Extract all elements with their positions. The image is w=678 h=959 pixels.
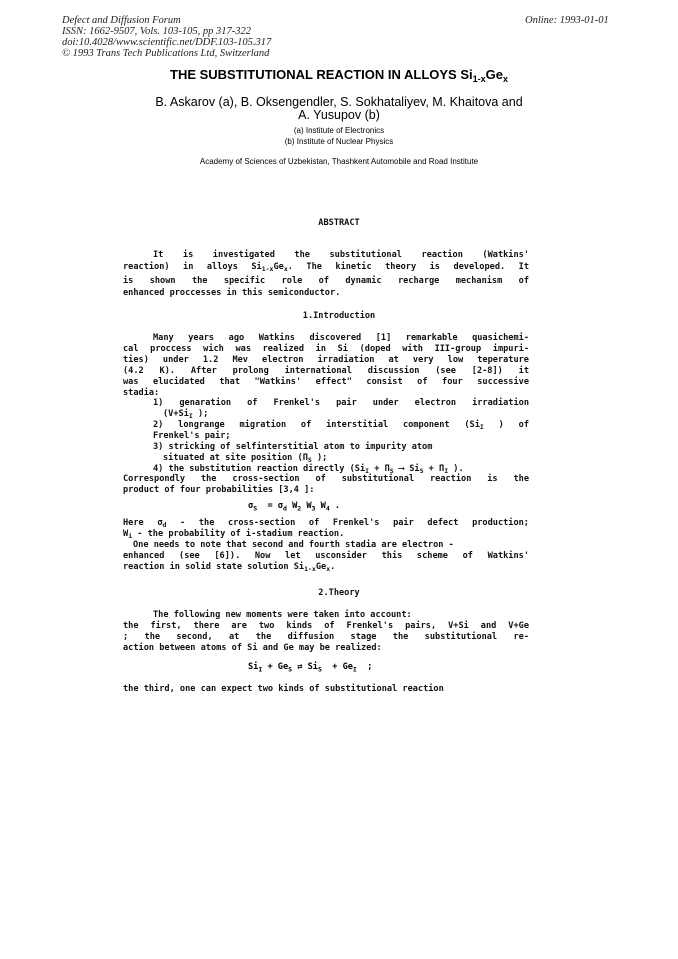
title-subscript-x: x (503, 74, 508, 84)
substitution-equation: SiI + GeS ⇄ SiS + GeI ; (248, 662, 372, 674)
cross-section-equation: σS = σd W2 W3 W4 . (248, 501, 340, 513)
online-date: Online: 1993-01-01 (525, 15, 609, 27)
abstract-heading: ABSTRACT (0, 218, 678, 230)
stadium-item-1: 1) genaration of Frenkel's pair under el… (153, 398, 529, 410)
intro-line-2: cal proccess wich was realized in Si (do… (123, 344, 529, 356)
academy-line: Academy of Sciences of Uzbekistan, Thash… (0, 156, 678, 167)
note-line-2: enhanced (see [6]). Now let usconsider t… (123, 551, 529, 563)
intro-line-3: ties) under 1.2 Mev electron irradiation… (123, 355, 529, 367)
stadium-item-3: 3) stricking of selfinterstitial atom to… (153, 442, 432, 454)
affiliation-a: (a) Institute of Electronics (0, 125, 678, 136)
abstract-line-2: reaction) in alloys Si1-xGex. The kineti… (123, 262, 529, 276)
affiliation-b: (b) Institute of Nuclear Physics (0, 136, 678, 147)
stadium-item-2-cont: Frenkel's pair; (153, 431, 231, 443)
title-ge: Ge (486, 67, 503, 82)
product-line: product of four probabilities [3,4 ]: (123, 485, 314, 497)
intro-line-5: was elucidated that "Watkins' effect" co… (123, 377, 529, 389)
theory-line-3: ; the second, at the diffusion stage the… (123, 632, 529, 644)
issn-line: ISSN: 1662-9507, Vols. 103-105, pp 317-3… (62, 26, 251, 38)
intro-line-1: Many years ago Watkins discovered [1] re… (123, 333, 529, 345)
note-line-3: reaction in solid state solution Si1-xGe… (123, 562, 335, 576)
abstract-line-3: is shown the specific role of dynamic re… (123, 276, 529, 288)
section-1-heading: 1.Introduction (0, 311, 678, 323)
doi-line: doi:10.4028/www.scientific.net/DDF.103-1… (62, 37, 271, 49)
note-line-1: One needs to note that second and fourth… (133, 540, 454, 552)
theory-line-1: The following new moments were taken int… (153, 610, 412, 622)
abstract-line-1: It is investigated the substitutional re… (123, 250, 529, 262)
journal-name: Defect and Diffusion Forum (62, 15, 181, 27)
title-text: THE SUBSTITUTIONAL REACTION IN ALLOYS Si (170, 67, 473, 82)
abstract-line-4: enhanced proccesses in this semiconducto… (123, 288, 340, 300)
title-subscript: 1-x (473, 74, 486, 84)
theory-line-2: the first, there are two kinds of Frenke… (123, 621, 529, 633)
theory-line-4: action between atoms of Si and Ge may be… (123, 643, 382, 655)
copyright-line: © 1993 Trans Tech Publications Ltd, Swit… (62, 48, 269, 60)
paper-title: THE SUBSTITUTIONAL REACTION IN ALLOYS Si… (0, 67, 678, 84)
section-2-heading: 2.Theory (0, 588, 678, 600)
intro-line-4: (4.2 K). After prolong international dis… (123, 366, 529, 378)
correspondly-line: Correspondly the cross-section of substi… (123, 474, 529, 486)
authors-line-2: A. Yusupov (b) (0, 108, 678, 123)
theory-line-5: the third, one can expect two kinds of s… (123, 684, 444, 696)
